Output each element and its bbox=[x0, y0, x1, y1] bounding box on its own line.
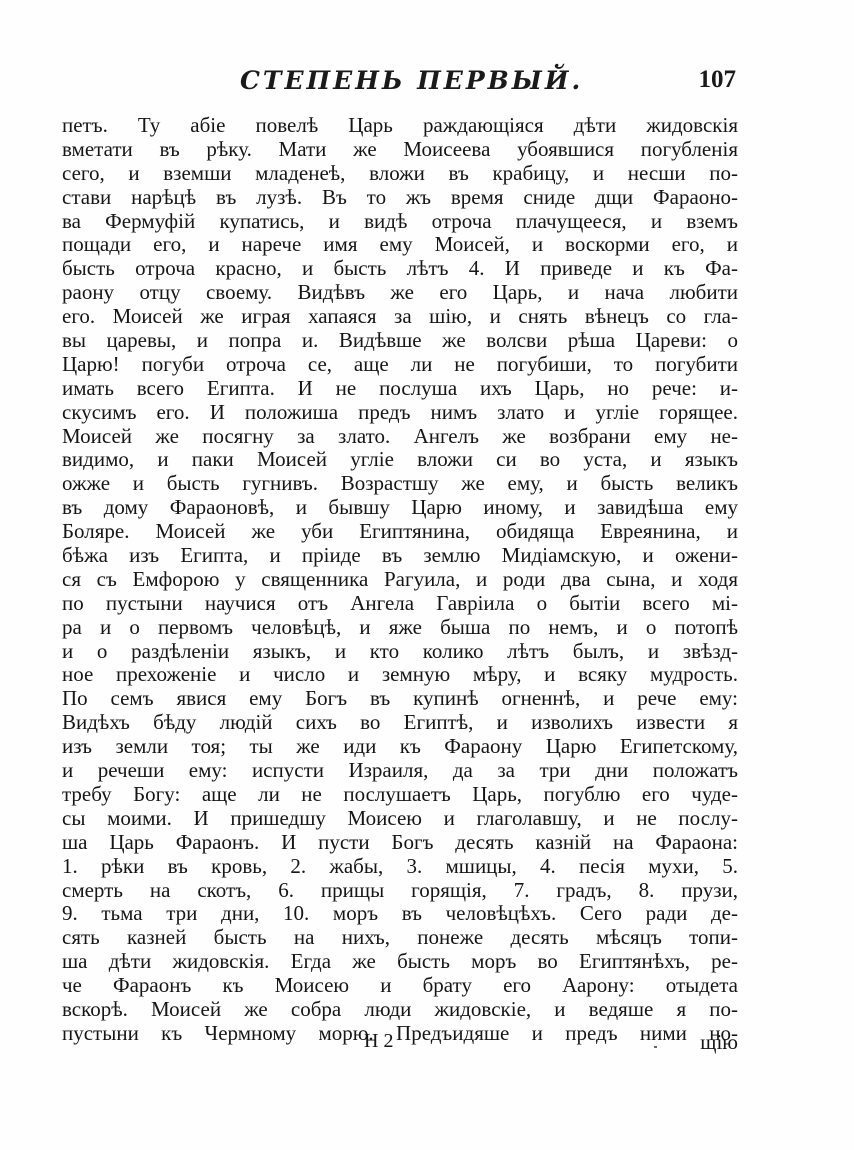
text-line: че Фараонъ къ Моисею и брату его Аарону:… bbox=[62, 974, 738, 998]
text-line: петъ. Ту абіе повелѣ Царь раждающіяся дѣ… bbox=[62, 114, 738, 138]
running-title: СТЕПЕНЬ ПЕРВЫЙ. bbox=[240, 66, 583, 95]
catchword: щію bbox=[700, 1030, 738, 1055]
text-line: сы моими. И пришедшу Моисею и глаголавшу… bbox=[62, 807, 738, 831]
text-line: Царю! погуби отроча се, аще ли не погуби… bbox=[62, 353, 738, 377]
text-line: скусимъ его. И положиша предъ нимъ злато… bbox=[62, 401, 738, 425]
text-line: въ дому Фараоновѣ, и бывшу Царю иному, и… bbox=[62, 496, 738, 520]
text-line: раону отцу своему. Видѣвъ же его Царь, и… bbox=[62, 281, 738, 305]
text-line: пощади его, и нарече имя ему Моисей, и в… bbox=[62, 233, 738, 257]
body-text: петъ. Ту абіе повелѣ Царь раждающіяся дѣ… bbox=[62, 114, 738, 1046]
signature-mark: Н 2 bbox=[364, 1030, 393, 1053]
text-line: По семъ явися ему Богъ въ купинѣ огненнѣ… bbox=[62, 687, 738, 711]
running-head: СТЕПЕНЬ ПЕРВЫЙ. 107 bbox=[62, 66, 738, 100]
text-line: его. Моисей же играя хапаяся за шію, и с… bbox=[62, 305, 738, 329]
text-line: ша дѣти жидовскія. Егда же бысть моръ во… bbox=[62, 950, 738, 974]
text-line: Боляре. Моисей же уби Египтянина, обидящ… bbox=[62, 520, 738, 544]
text-line: ва Фермуфій купатись, и видѣ отроча плач… bbox=[62, 210, 738, 234]
text-line: требу Богу: аще ли не послушаетъ Царь, п… bbox=[62, 783, 738, 807]
text-line: вметати въ рѣку. Мати же Моисеева убоявш… bbox=[62, 138, 738, 162]
page-footer: Н 2 щію bbox=[62, 1030, 738, 1056]
text-line: и речеши ему: испусти Израиля, да за три… bbox=[62, 759, 738, 783]
page-number: 107 bbox=[699, 66, 737, 94]
book-page: СТЕПЕНЬ ПЕРВЫЙ. 107 петъ. Ту абіе повелѣ… bbox=[0, 0, 854, 1150]
text-line: 1. рѣки въ кровь, 2. жабы, 3. мшицы, 4. … bbox=[62, 855, 738, 879]
print-speck-decoration bbox=[654, 1046, 657, 1048]
text-line: вскорѣ. Моисей же собра люди жидовскіе, … bbox=[62, 998, 738, 1022]
text-line: смерть на скотъ, 6. прищы горящія, 7. гр… bbox=[62, 879, 738, 903]
text-line: ожже и бысть гугнивъ. Возрастшу же ему, … bbox=[62, 472, 738, 496]
text-line: 9. тьма три дни, 10. моръ въ человѣцѣхъ.… bbox=[62, 902, 738, 926]
text-line: видимо, и паки Моисей угліе вложи си во … bbox=[62, 448, 738, 472]
text-line: ра и о первомъ человѣцѣ, и яже быша по н… bbox=[62, 616, 738, 640]
text-line: и о раздѣленіи языкъ, и кто колико лѣтъ … bbox=[62, 640, 738, 664]
text-line: имать всего Египта. И не послуша ихъ Цар… bbox=[62, 377, 738, 401]
text-line: ся съ Емфорою у священника Рагуила, и ро… bbox=[62, 568, 738, 592]
text-line: вы царевы, и попра и. Видѣвше же волсви … bbox=[62, 329, 738, 353]
text-line: ное прехоженіе и число и земную мѣру, и … bbox=[62, 663, 738, 687]
text-line: ша Царь Фараонъ. И пусти Богъ десять каз… bbox=[62, 831, 738, 855]
text-line: бысть отроча красно, и бысть лѣтъ 4. И п… bbox=[62, 257, 738, 281]
text-line: бѣжа изъ Египта, и пріиде въ землю Мидіа… bbox=[62, 544, 738, 568]
text-line: сять казней бысть на нихъ, понеже десять… bbox=[62, 926, 738, 950]
text-line: по пустыни научися отъ Ангела Гавріила о… bbox=[62, 592, 738, 616]
text-line: сего, и вземши младенеѣ, вложи въ крабиц… bbox=[62, 162, 738, 186]
text-line: стави нарѣцѣ въ лузѣ. Въ то жъ время сни… bbox=[62, 186, 738, 210]
text-line: Видѣхъ бѣду людій сихъ во Египтѣ, и изво… bbox=[62, 711, 738, 735]
text-line: Моисей же посягну за злато. Ангелъ же во… bbox=[62, 425, 738, 449]
text-line: изъ земли тоя; ты же иди къ Фараону Царю… bbox=[62, 735, 738, 759]
